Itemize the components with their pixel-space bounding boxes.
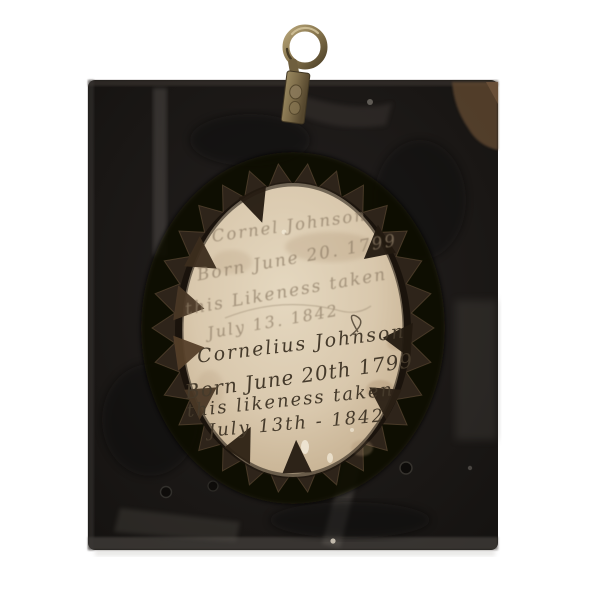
screw-head (400, 462, 412, 474)
drop-shadow (95, 549, 495, 556)
photo-stage: Cornel Johnson Born June 20. 1799 this L… (0, 0, 600, 600)
screw-head (161, 487, 172, 498)
screw-head (208, 481, 218, 491)
framed-miniature-back-photo: Cornel Johnson Born June 20. 1799 this L… (0, 0, 600, 600)
